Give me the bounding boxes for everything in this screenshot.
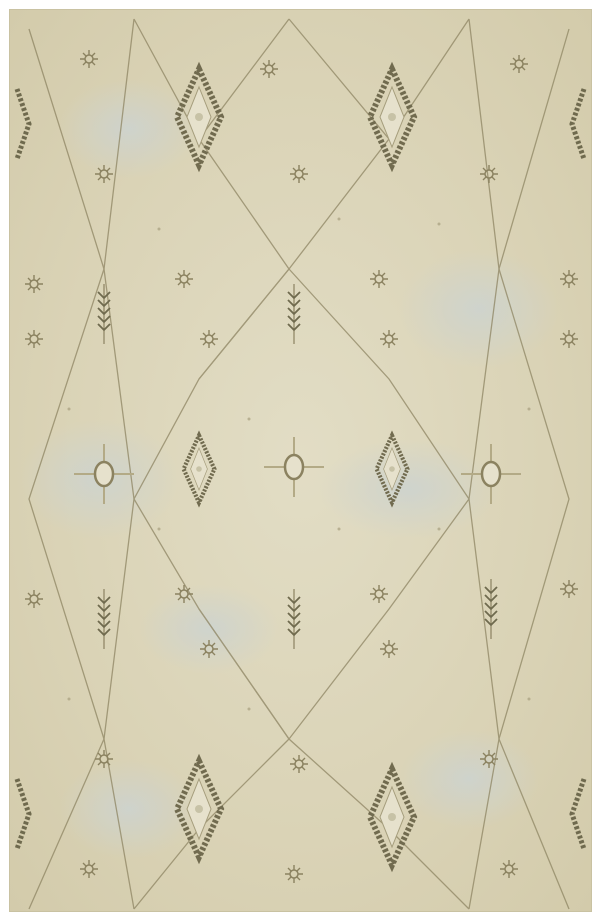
rug-image (9, 9, 592, 912)
rug-pattern (9, 9, 592, 912)
